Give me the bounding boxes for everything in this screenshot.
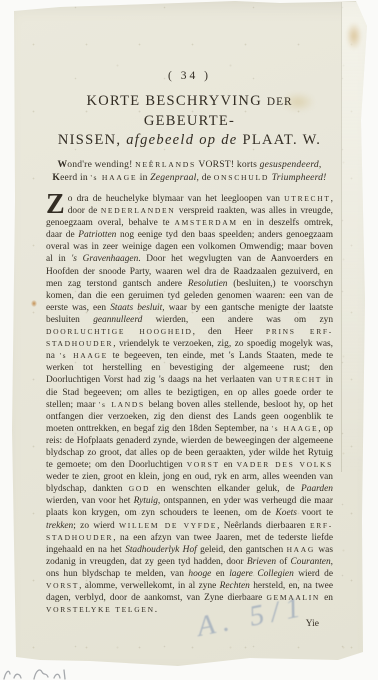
body-paragraph-text: o dra de heuchelyke blymaar van het leeg… xyxy=(46,194,333,615)
printed-text-block: ( 34 ) KORTE BESCHRYVING DER GEBEURTE- N… xyxy=(46,70,333,629)
verse-line-2: Keerd in 's HAAGE in Zegenpraal, de ONSC… xyxy=(46,172,333,185)
catchword: Yie xyxy=(46,619,333,629)
drop-cap-initial: Z xyxy=(46,193,68,216)
title-line-2: NISSEN, afgebeeld op de PLAAT. W. xyxy=(46,131,333,150)
stain xyxy=(346,22,362,50)
scanned-document: ( 34 ) KORTE BESCHRYVING DER GEBEURTE- N… xyxy=(0,0,378,680)
title-line-1: KORTE BESCHRYVING DER GEBEURTE- xyxy=(46,92,333,131)
verse-line-1: Wond're wending! NEÊRLANDS VORST! korts … xyxy=(46,159,333,172)
paper-sheet: ( 34 ) KORTE BESCHRYVING DER GEBEURTE- N… xyxy=(0,0,378,680)
body-paragraph: Zo dra de heuchelyke blymaar van het lee… xyxy=(46,193,333,616)
page-number: ( 34 ) xyxy=(46,70,333,82)
document-title: KORTE BESCHRYVING DER GEBEURTE- NISSEN, … xyxy=(46,92,333,150)
fold-crease xyxy=(341,2,367,472)
stain xyxy=(31,300,37,307)
cropped-pencil-marks xyxy=(0,665,150,680)
verse-couplet: Wond're wending! NEÊRLANDS VORST! korts … xyxy=(46,159,333,184)
